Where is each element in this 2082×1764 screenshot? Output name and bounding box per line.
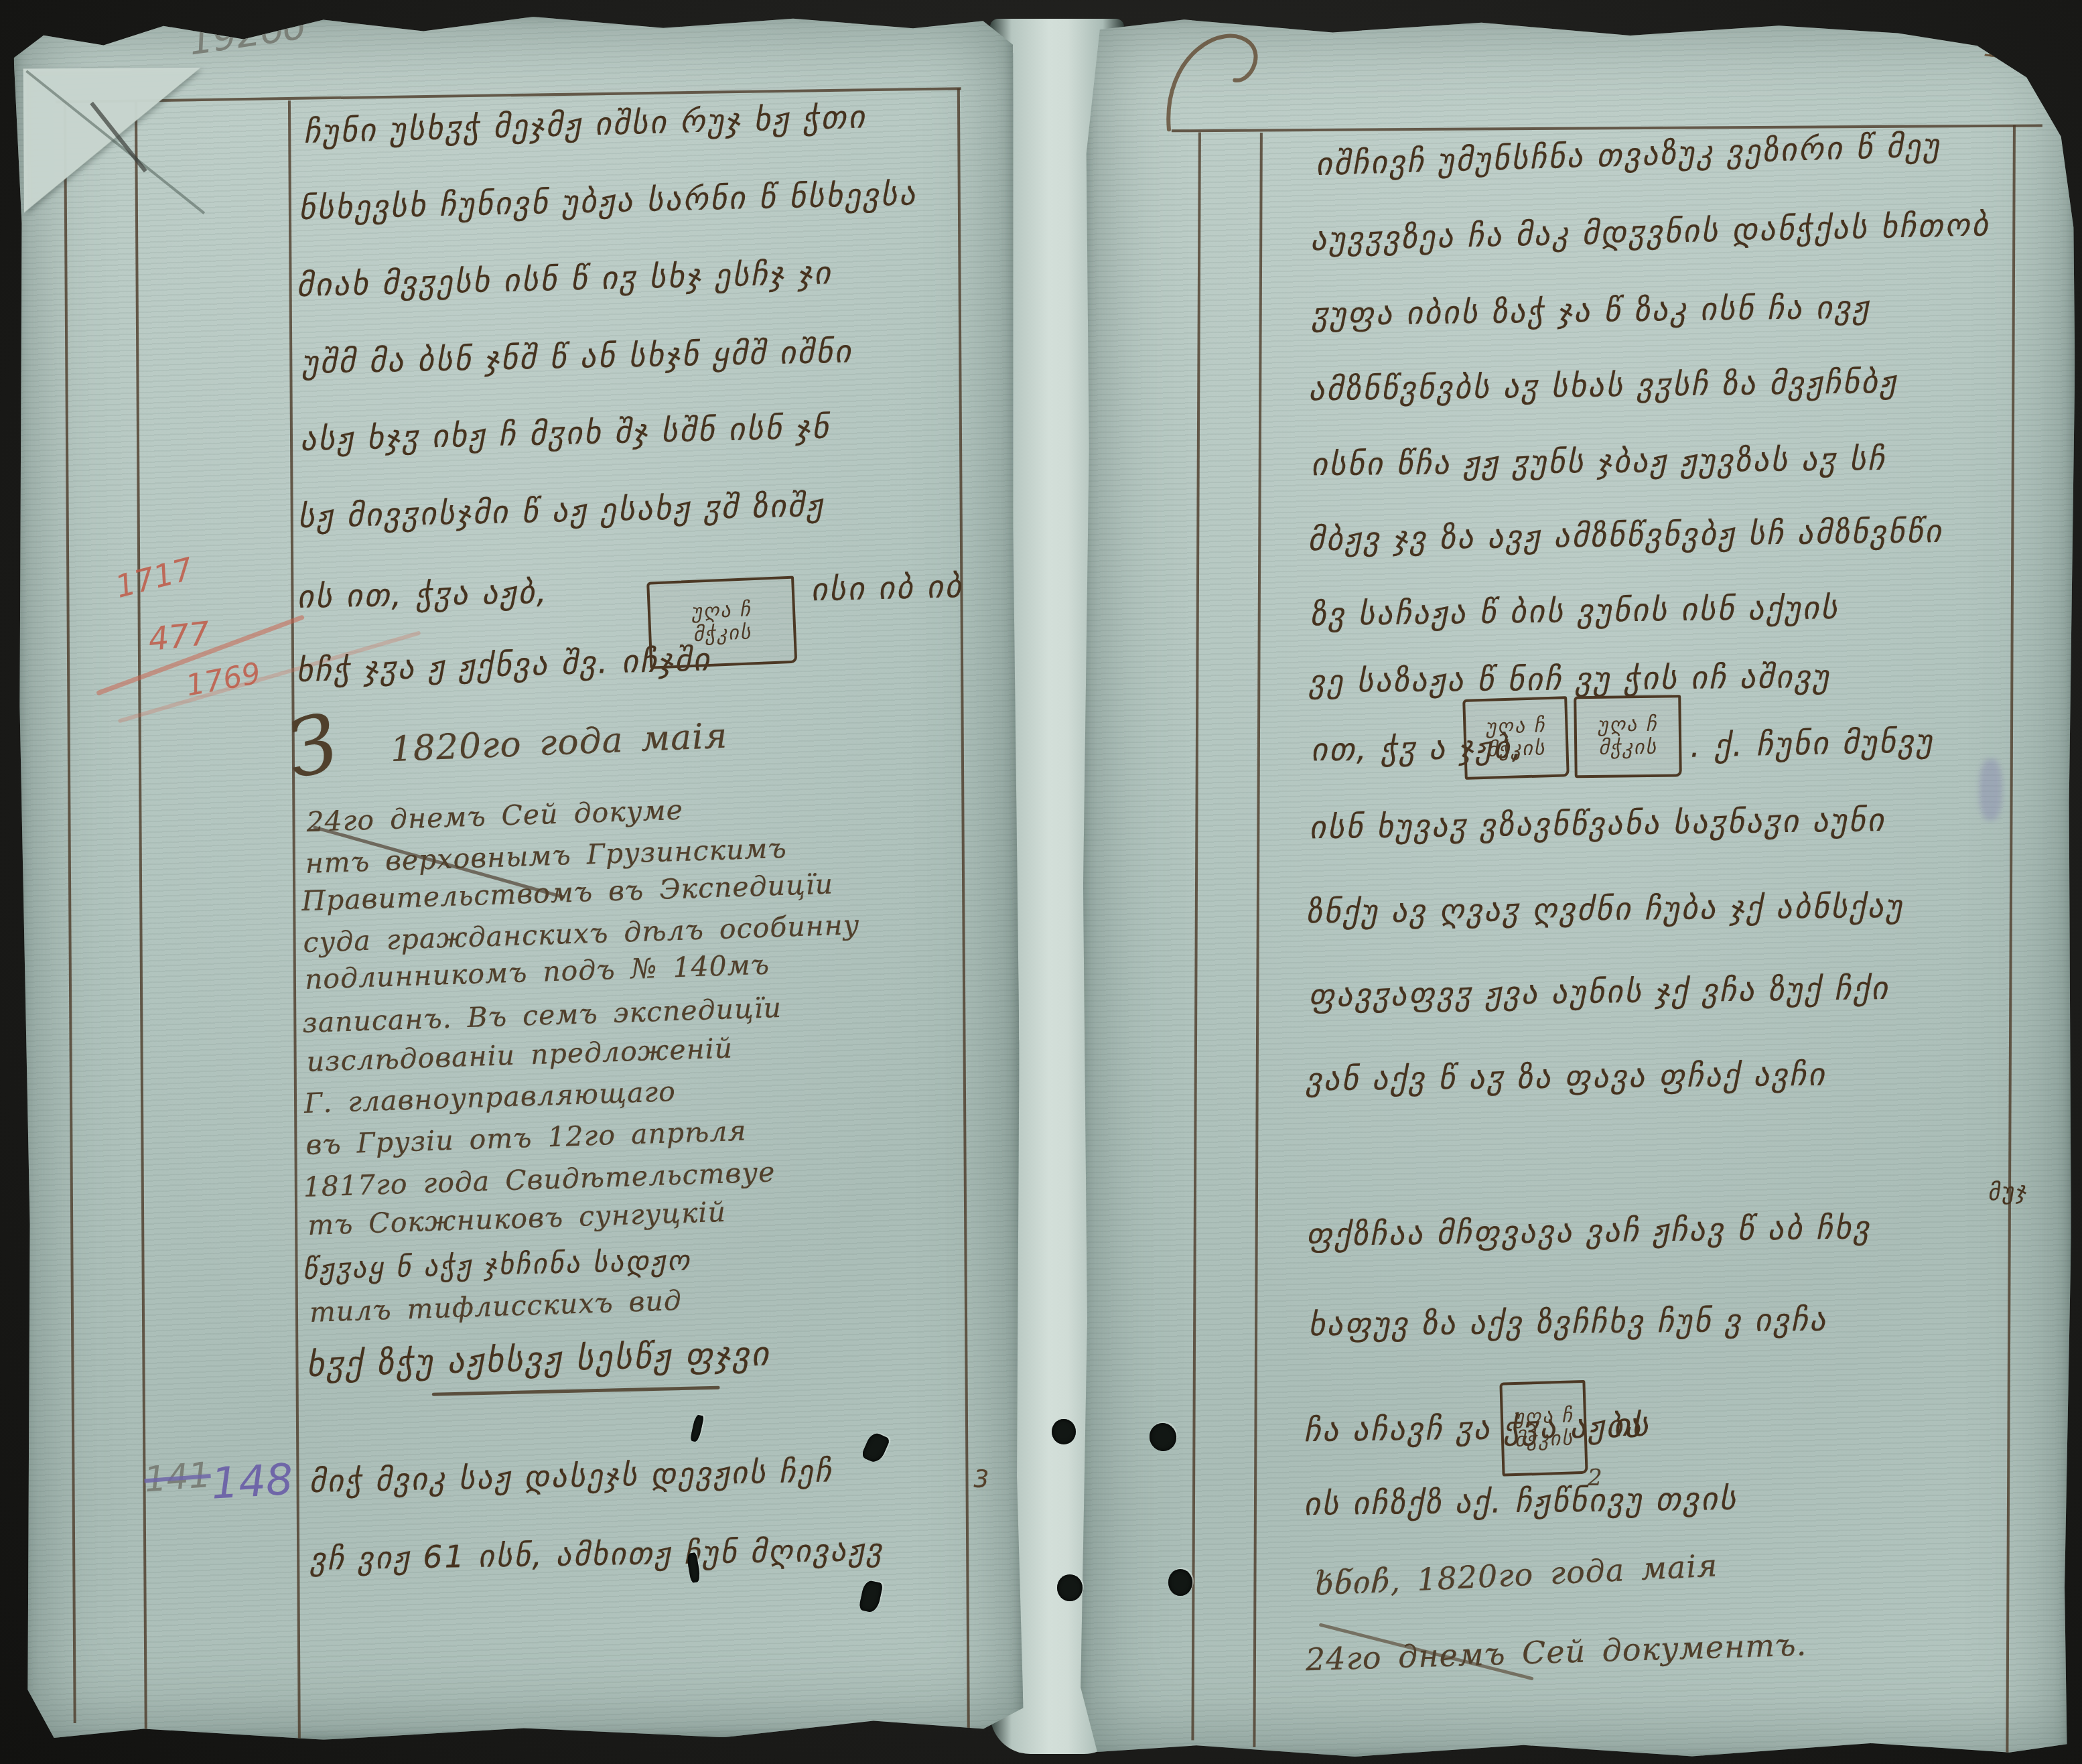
left-page: 192обჩუნი უსხჳჭ მეჯმჟ იშსი რუჯ ხჟ ჭთინსხ… (13, 10, 1024, 1741)
stamp-text-line: უღა ჩ (1598, 714, 1658, 737)
russian-date-line: ხნიჩ, 1820го года маія (1313, 1547, 1718, 1603)
current-number: 148 (210, 1455, 294, 1509)
manuscript-line: ხჳქ ზჭუ აჟხსვჟ სესწჟ ფჯვი (306, 1335, 771, 1384)
ruled-line (1253, 133, 1262, 1747)
manuscript-line: სჟ მივჳისჯმი წ აჟ ესახჟ ჳშ ზიშჟ (297, 487, 825, 535)
red-margin-number: 477 (147, 614, 212, 659)
manuscript-line: ასჟ ხჯჳ იხჟ ჩ მჳიხ შჯ სშნ ისნ ჯნ (299, 409, 831, 458)
crossed-number: 141 (143, 1455, 212, 1500)
manuscript-line: მიჭ მვიკ საჟ დასეჯს დევჟის ჩეჩ (309, 1452, 833, 1499)
punch-hole (1057, 1574, 1083, 1601)
manuscript-line: ჳუფა იბის ზაჭ ჯა წ ზაკ ისნ ჩა ივჟ (1311, 289, 1870, 333)
red-margin-number: 1717 (112, 550, 197, 604)
russian-date-line: 1820го года маія (390, 716, 729, 770)
manuscript-line: суда гражданскихъ дѣлъ особинну (303, 908, 860, 959)
stamp-text-line: მჭკის (1486, 737, 1546, 762)
manuscript-line: ისნ ხუვაჳ ვზავნწვანა საჳნაჳი აუნი (1309, 802, 1886, 846)
manuscript-line: Г. главноуправляющаго (303, 1075, 676, 1120)
manuscript-line: 24го днемъ Сей докуме (306, 794, 684, 838)
stamp-text-line: მჭკის (693, 621, 752, 647)
manuscript-line: записанъ. Въ семъ экспедицїи (302, 992, 782, 1039)
stamp-text-line: მჭკის (1515, 1427, 1574, 1452)
boxed-stamp-annotation: უღა ჩმჭკის (646, 576, 797, 669)
manuscript-line: ისნი წჩა ჟჟ ჳუნს ჯბაჟ ჟუვზას აჳ სჩ (1310, 441, 1886, 483)
stamp-text-line: მჭკის (1598, 736, 1657, 760)
manuscript-photo: { "meta": { "description": "Archival man… (0, 0, 2082, 1764)
manuscript-line: ვჩ ვიჟ 61 ისნ, ამხითჟ ჩუნ მღივაჟვ (309, 1532, 884, 1577)
stamp-text-line: უღა ჩ (1513, 1404, 1574, 1429)
manuscript-line: წჟჳაყ ნ აჭჟ ჯხჩინა სადჟო (302, 1243, 691, 1286)
manuscript-line: აუვჳვზეა ჩა მაკ მდჳვნის დანჭქას ხჩთობ (1310, 206, 1990, 258)
ink-flourish (1149, 15, 1283, 143)
manuscript-line: въ Грузіи отъ 12го апрѣля (305, 1115, 748, 1161)
manuscript-line: тилъ тифлисскихъ вид (309, 1284, 682, 1329)
punch-hole (1052, 1419, 1076, 1444)
boxed-stamp-annotation: უღა ჩმჭკის (1499, 1380, 1588, 1477)
manuscript-line: ის იჩზქზ აქ. ჩჟწნივუ თვის (1304, 1481, 1738, 1523)
manuscript-line: უშმ მა ბსნ ჯნშ წ ან სხჯნ ყმშ იშნი (301, 333, 853, 381)
manuscript-line: მბჟვ ჯვ ზა ავჟ ამზნწვნვბჟ სჩ ამზნვნწი (1308, 513, 1943, 558)
superscript-word: მუჯ (1987, 1177, 2028, 1207)
edge-digit: 3 (973, 1466, 991, 1493)
ink-stroke (432, 1386, 720, 1396)
manuscript-line: тъ Сокжниковъ сунгуцкій (307, 1196, 726, 1241)
ruled-line (64, 102, 76, 1723)
ruled-line (2006, 125, 2015, 1757)
boxed-stamp-annotation: უღა ჩმჭკის (1462, 696, 1570, 780)
stamp-text-line: უღა ჩ (691, 598, 752, 624)
ruled-line (957, 88, 970, 1733)
manuscript-line: ზნქუ ავ ღვაჳ ღვძნი ჩუბა ჯქ აბნსქაუ (1306, 888, 1904, 931)
red-margin-number: 1769 (184, 656, 263, 703)
manuscript-line: . ქ. ჩუნი მუნვუ (1689, 723, 1934, 765)
stamp-text-line: უღა ჩ (1485, 714, 1546, 739)
manuscript-line: ვე საზაჟა წ ნიჩ ვუ ჭის იჩ აშივუ (1308, 659, 1831, 700)
manuscript-line: ჩა აჩავჩ ჳა ჭჳა აჟბა (1304, 1408, 1643, 1450)
manuscript-line: ხაფუვ ზა აქვ ზვჩჩხვ ჩუნ ვ ივჩა (1308, 1302, 1827, 1343)
russian-date-line: 24го днемъ Сей документъ. (1305, 1626, 1807, 1678)
folio-number-left: 192об (186, 4, 309, 64)
manuscript-line: ის ით, ჭჳა აჟბ, (297, 573, 549, 616)
punch-hole (1168, 1569, 1192, 1596)
manuscript-line: ვან აქვ წ აჳ ზა ფავა ფჩაქ ავჩი (1305, 1057, 1826, 1098)
manuscript-line: ამზნწვნვბს აჳ სხას ვჳსჩ ზა მვჟჩნბჟ (1308, 364, 1898, 409)
ink-paraph: З (279, 695, 347, 797)
ruled-line (1191, 133, 1200, 1741)
manuscript-line: ის (1613, 1407, 1651, 1444)
manuscript-line: ისი იბ იბ (811, 568, 964, 608)
purple-smudge (1979, 759, 2002, 821)
boxed-stamp-annotation: უღა ჩმჭკის (1574, 695, 1682, 778)
manuscript-line: ფავჳაფვჳ ჟვა აუნის ჯქ ვჩა ზუქ ჩქი (1308, 970, 1890, 1014)
manuscript-line: ნსხევსხ ჩუნივნ უბჟა სარნი წ ნსხევსა (298, 176, 917, 227)
folio-number-right: 193 (1981, 25, 2052, 73)
manuscript-line: изслѣдованіи предложеній (306, 1032, 734, 1078)
manuscript-line: მიახ მვჳესხ ისნ წ იჳ სხჯ ესჩჯ ჯი (296, 255, 833, 304)
manuscript-line: ზვ საჩაჟა წ ბის ვუნის ისნ აქუის (1310, 590, 1839, 633)
manuscript-line: ფქზჩაა მჩფვავა ვაჩ ჟჩავ წ აბ ჩხვ (1306, 1209, 1871, 1253)
right-page: 193იშჩივჩ უმუნსჩნა თვაზუკ ვეზირი წ მეუაუ… (1077, 14, 2076, 1761)
manuscript-line: ჩუნი უსხჳჭ მეჯმჟ იშსი რუჯ ხჟ ჭთი (303, 98, 867, 151)
manuscript-line: იშჩივჩ უმუნსჩნა თვაზუკ ვეზირი წ მეუ (1315, 127, 1941, 184)
